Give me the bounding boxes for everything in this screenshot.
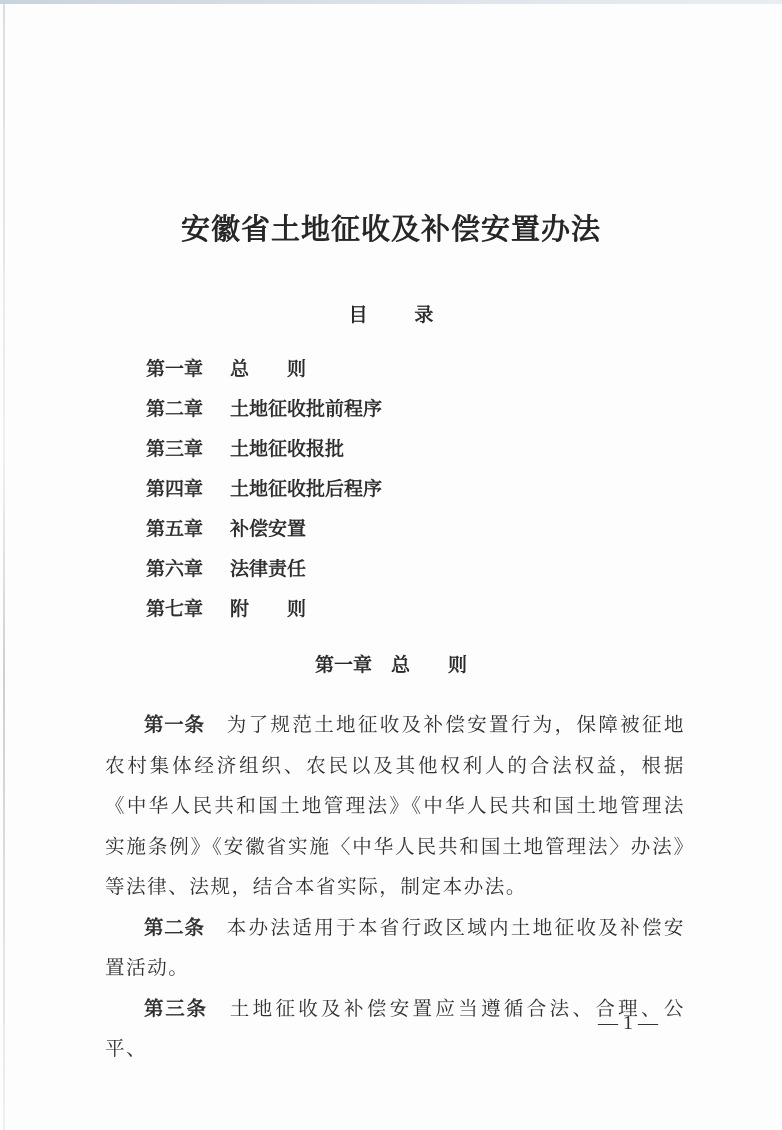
article-label: 第一条 <box>144 713 205 736</box>
toc-item: 第五章补偿安置 <box>146 514 382 554</box>
article-label: 第三条 <box>144 997 208 1020</box>
toc-chapter-title: 附 则 <box>230 594 306 634</box>
toc-chapter-number: 第六章 <box>146 554 230 594</box>
toc-item: 第六章法律责任 <box>146 554 382 594</box>
toc-chapter-title: 法律责任 <box>230 554 306 594</box>
document-title: 安徽省土地征收及补偿安置办法 <box>0 207 782 248</box>
page-number: — 1 — <box>598 1012 658 1035</box>
toc-chapter-title: 补偿安置 <box>230 514 306 554</box>
scan-edge-top <box>0 0 782 4</box>
toc-chapter-number: 第五章 <box>146 514 230 554</box>
toc-heading: 目 录 <box>0 300 782 327</box>
toc-item: 第三章土地征收报批 <box>146 434 382 474</box>
toc-heading-char: 录 <box>414 304 433 326</box>
article: 第二条本办法适用于本省行政区域内土地征收及补偿安置活动。 <box>105 908 685 989</box>
scan-edge-left <box>3 4 5 1130</box>
toc-item: 第七章附 则 <box>146 594 382 634</box>
chapter-heading: 第一章 总 则 <box>0 650 782 677</box>
toc-chapter-title: 土地征收批前程序 <box>230 394 382 434</box>
toc-chapter-title: 总 则 <box>230 354 306 394</box>
article: 第一条为了规范土地征收及补偿安置行为，保障被征地农村集体经济组织、农民以及其他权… <box>105 705 685 908</box>
toc-chapter-title: 土地征收报批 <box>230 434 344 474</box>
toc-heading-char: 目 <box>349 304 368 326</box>
article-label: 第二条 <box>144 916 205 939</box>
toc-chapter-number: 第二章 <box>146 394 230 434</box>
toc-chapter-title: 土地征收批后程序 <box>230 474 382 514</box>
toc-item: 第一章总 则 <box>146 354 382 394</box>
article-text: 为了规范土地征收及补偿安置行为，保障被征地农村集体经济组织、农民以及其他权利人的… <box>105 713 685 898</box>
toc-chapter-number: 第七章 <box>146 594 230 634</box>
toc-chapter-number: 第三章 <box>146 434 230 474</box>
toc-item: 第四章土地征收批后程序 <box>146 474 382 514</box>
table-of-contents: 第一章总 则 第二章土地征收批前程序 第三章土地征收报批 第四章土地征收批后程序… <box>146 354 382 634</box>
toc-item: 第二章土地征收批前程序 <box>146 394 382 434</box>
toc-chapter-number: 第一章 <box>146 354 230 394</box>
toc-chapter-number: 第四章 <box>146 474 230 514</box>
